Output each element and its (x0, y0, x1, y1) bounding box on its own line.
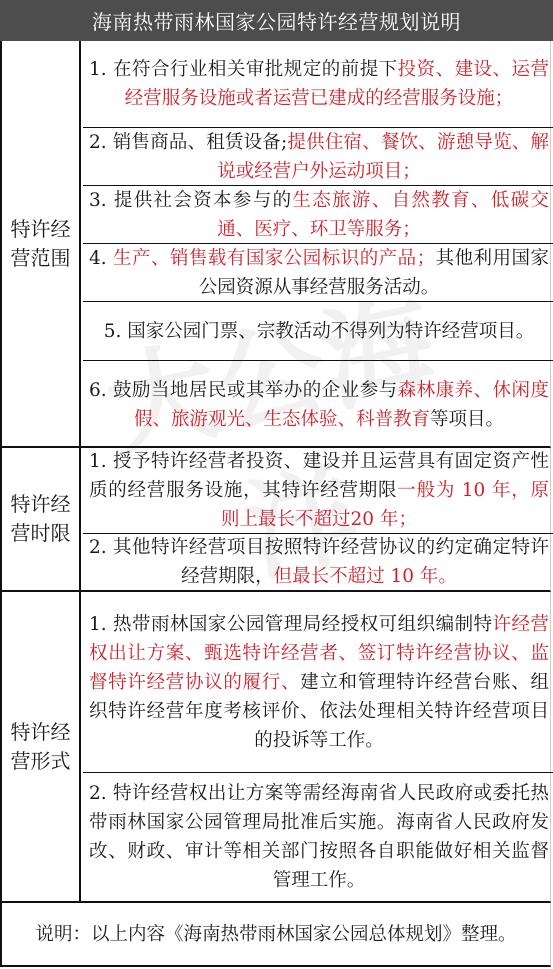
table-title-text: 海南热带雨林国家公园特许经营规划说明 (92, 6, 461, 35)
term-item-2: 2. 其他特许经营项目按照特许经营协议的约定确定特许经营期限，但最长不超过 10… (83, 534, 553, 590)
section-label-text: 特许经营范围 (8, 215, 74, 273)
scope-item-6: 6. 鼓励当地居民或其举办的企业参与森林康养、休闲度假、旅游观光、生态体验、科普… (83, 361, 553, 448)
scope-item-1: 1. 在符合行业相关审批规定的前提下投资、建设、运营经营服务设施或者运营已建成的… (83, 41, 553, 128)
section-label-text: 特许经营形式 (8, 718, 74, 776)
section-label: 特许经营范围 (2, 41, 81, 446)
table-title: 海南热带雨林国家公园特许经营规划说明 (0, 0, 553, 41)
section-scope: 特许经营范围 1. 在符合行业相关审批规定的前提下投资、建设、运营经营服务设施或… (0, 41, 551, 448)
section-label: 特许经营形式 (2, 592, 81, 901)
form-item-2: 2. 特许经营权出让方案等需经海南省人民政府或委托热带雨林国家公园管理局批准后实… (83, 773, 553, 901)
scope-item-5: 5. 国家公园门票、宗教活动不得列为特许经营项目。 (83, 302, 553, 361)
section-label-text: 特许经营时限 (8, 490, 74, 548)
term-item-1: 1. 授予特许经营者投资、建设并且运营具有固定资产性质的经营服务设施，其特许经营… (83, 448, 553, 534)
section-label: 特许经营时限 (2, 448, 81, 590)
scope-item-3: 3. 提供社会资本参与的生态旅游、自然教育、低碳交通、医疗、环卫等服务； (83, 186, 553, 244)
source-note: 说明：以上内容《海南热带雨林国家公园总体规划》整理。 (0, 903, 551, 967)
section-form: 特许经营形式 1. 热带雨林国家公园管理局经授权可组织编制特许经营权出让方案、甄… (0, 592, 551, 903)
scope-item-4: 4. 生产、销售载有国家公园标识的产品；其他利用国家公园资源从事经营服务活动。 (83, 244, 553, 302)
section-term: 特许经营时限 1. 授予特许经营者投资、建设并且运营具有固定资产性质的经营服务设… (0, 448, 551, 592)
form-item-1: 1. 热带雨林国家公园管理局经授权可组织编制特许经营权出让方案、甄选特许经营者、… (83, 592, 553, 773)
scope-item-2: 2. 销售商品、租赁设备;提供住宿、餐饮、游憩导览、解说或经营户外运动项目； (83, 128, 553, 186)
source-note-text: 说明：以上内容《海南热带雨林国家公园总体规划》整理。 (35, 920, 516, 949)
